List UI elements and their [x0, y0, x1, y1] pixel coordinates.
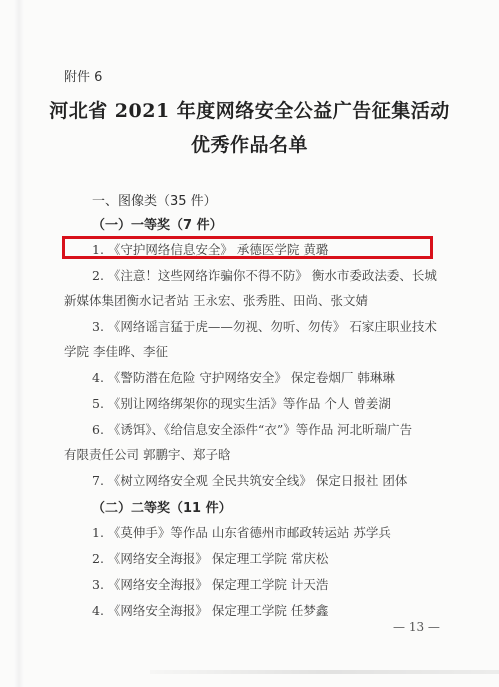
page-number: — 13 —: [393, 620, 440, 634]
attachment-label: 附件 6: [64, 66, 102, 85]
entry-first-prize-3-continuation: 学院 李佳晔、李征: [64, 342, 168, 360]
subsection-heading-second-prize: （二）二等奖（11 件）: [92, 497, 232, 516]
subsection-heading-first-prize: （一）一等奖（7 件）: [92, 214, 223, 233]
entry-first-prize-6: 6. 《诱饵》、《给信息安全添件“衣”》等作品 河北昕瑞广告: [92, 420, 412, 438]
document-title-line2: 优秀作品名单: [0, 130, 499, 157]
entry-text: 《注意！这些网络诈骗你不得不防》 衡水市委政法委、长城: [108, 268, 437, 283]
entry-number: 5.: [92, 396, 104, 411]
entry-number: 1.: [92, 525, 104, 540]
entry-number: 2.: [92, 268, 104, 283]
entry-first-prize-6-continuation: 有限责任公司 郭鹏宇、郑子晗: [64, 445, 230, 463]
entry-number: 3.: [92, 319, 104, 334]
document-page: 附件 6 河北省 2021 年度网络安全公益广告征集活动 优秀作品名单 一、图像…: [0, 0, 499, 687]
entry-first-prize-3: 3. 《网络谣言猛于虎——勿视、勿听、勿传》 石家庄职业技术: [92, 317, 437, 335]
entry-second-prize-1: 1. 《莫伸手》等作品 山东省德州市邮政转运站 苏学兵: [92, 523, 391, 541]
entry-text: 《诱饵》、《给信息安全添件“衣”》等作品 河北昕瑞广告: [108, 422, 412, 437]
entry-second-prize-4: 4. 《网络安全海报》 保定理工学院 任梦鑫: [92, 601, 328, 619]
entry-text: 《树立网络安全观 全民共筑安全线》 保定日报社 团体: [108, 473, 407, 488]
entry-first-prize-4: 4. 《警防潜在危险 守护网络安全》 保定卷烟厂 韩琳琳: [92, 368, 395, 386]
entry-number: 3.: [92, 577, 104, 592]
entry-second-prize-3: 3. 《网络安全海报》 保定理工学院 计天浩: [92, 575, 328, 593]
document-title-line1: 河北省 2021 年度网络安全公益广告征集活动: [0, 96, 499, 123]
entry-text: 《网络安全海报》 保定理工学院 任梦鑫: [108, 603, 328, 618]
entry-first-prize-2: 2. 《注意！这些网络诈骗你不得不防》 衡水市委政法委、长城: [92, 266, 437, 284]
entry-text: 《警防潜在危险 守护网络安全》 保定卷烟厂 韩琳琳: [108, 370, 395, 385]
entry-text: 《莫伸手》等作品 山东省德州市邮政转运站 苏学兵: [108, 525, 391, 540]
scan-shadow-bottom: [150, 670, 499, 674]
entry-text: 《网络安全海报》 保定理工学院 计天浩: [108, 577, 328, 592]
entry-number: 2.: [92, 551, 104, 566]
entry-number: 7.: [92, 473, 104, 488]
entry-first-prize-2-continuation: 新媒体集团衡水记者站 王永宏、张秀胜、田尚、张文婧: [64, 291, 368, 309]
entry-number: 6.: [92, 422, 104, 437]
entry-first-prize-5: 5. 《别让网络绑架你的现实生活》等作品 个人 曾姜湖: [92, 394, 391, 412]
entry-second-prize-2: 2. 《网络安全海报》 保定理工学院 常庆松: [92, 549, 328, 567]
entry-first-prize-7: 7. 《树立网络安全观 全民共筑安全线》 保定日报社 团体: [92, 471, 407, 489]
section-heading-images: 一、图像类（35 件）: [92, 190, 217, 209]
entry-number: 4.: [92, 603, 104, 618]
red-highlight-box: [62, 236, 433, 259]
entry-text: 《别让网络绑架你的现实生活》等作品 个人 曾姜湖: [108, 396, 391, 411]
entry-text: 《网络安全海报》 保定理工学院 常庆松: [108, 551, 328, 566]
entry-number: 4.: [92, 370, 104, 385]
entry-text: 《网络谣言猛于虎——勿视、勿听、勿传》 石家庄职业技术: [108, 319, 437, 334]
